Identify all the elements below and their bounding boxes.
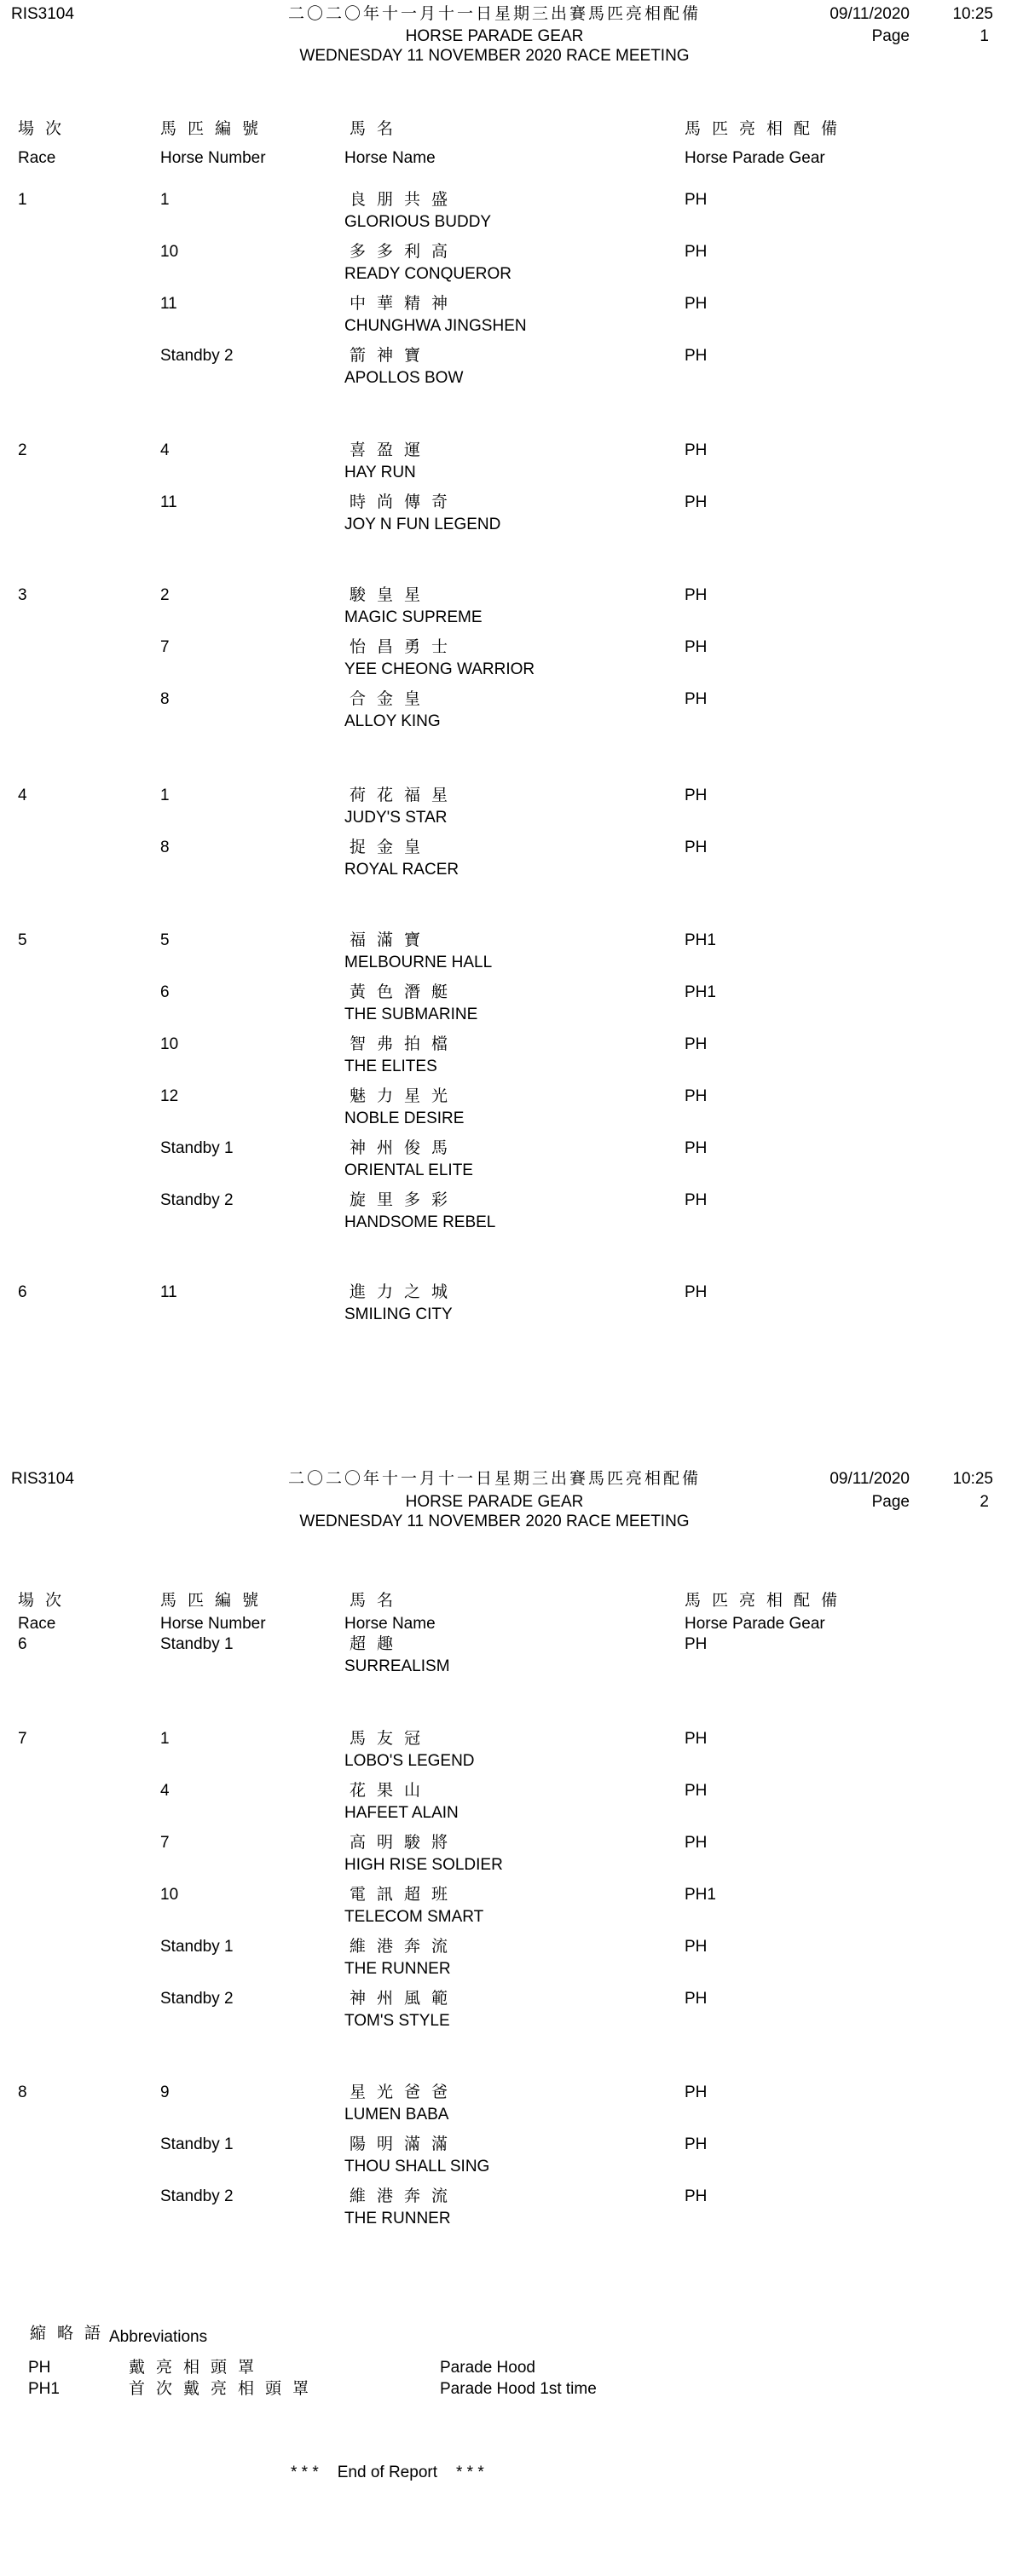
horse-name-zh: 星光爸爸 xyxy=(350,2082,459,2104)
report-time: 10:25 xyxy=(921,3,993,26)
race-block: 611進力之城PHSMILING CITY xyxy=(0,1282,1023,1334)
horse-number: 6 xyxy=(160,982,170,1004)
horse-name-en: HANDSOME REBEL xyxy=(344,1212,495,1234)
race-block: 55福滿寶PH1MELBOURNE HALL6黃色潛艇PH1THE SUBMAR… xyxy=(0,930,1023,1242)
horse-number: Standby 2 xyxy=(160,345,234,367)
horse-entry-row: 9星光爸爸PHLUMEN BABA xyxy=(0,2082,1023,2126)
horse-name-en: YEE CHEONG WARRIOR xyxy=(344,659,535,681)
horse-name-en: HAFEET ALAIN xyxy=(344,1802,459,1824)
horse-name-zh: 電訊超班 xyxy=(350,1884,459,1906)
horse-entry-row: 2駿皇星PHMAGIC SUPREME xyxy=(0,585,1023,629)
gear-code: PH1 xyxy=(685,982,716,1004)
abbrev-code: PH xyxy=(28,2357,50,2379)
horse-number: Standby 2 xyxy=(160,1190,234,1212)
horse-name-zh: 維港奔流 xyxy=(350,2186,459,2208)
gear-code: PH xyxy=(685,2186,707,2208)
horse-number: 12 xyxy=(160,1086,178,1108)
horse-name-en: GLORIOUS BUDDY xyxy=(344,211,491,233)
gear-code: PH xyxy=(685,637,707,659)
gear-code: PH xyxy=(685,785,707,807)
horse-number: 7 xyxy=(160,637,170,659)
column-header-number-en: Horse Number xyxy=(160,1613,266,1635)
horse-name-zh: 福滿寶 xyxy=(350,930,431,952)
horse-entry-row: 11進力之城PHSMILING CITY xyxy=(0,1282,1023,1326)
abbrev-desc-zh: 戴亮相頭罩 xyxy=(129,2357,265,2379)
horse-name-zh: 進力之城 xyxy=(350,1282,459,1304)
horse-entry-row: Standby 1神州俊馬PHORIENTAL ELITE xyxy=(0,1138,1023,1182)
horse-entry-row: 7怡昌勇士PHYEE CHEONG WARRIOR xyxy=(0,637,1023,681)
horse-entry-row: 11時尚傳奇PHJOY N FUN LEGEND xyxy=(0,492,1023,536)
horse-name-en: LUMEN BABA xyxy=(344,2104,448,2126)
horse-name-zh: 合金皇 xyxy=(350,689,431,711)
horse-number: Standby 2 xyxy=(160,1988,234,2010)
horse-name-en: TOM'S STYLE xyxy=(344,2010,450,2032)
gear-code: PH xyxy=(685,1728,707,1750)
report-subtitle: WEDNESDAY 11 NOVEMBER 2020 RACE MEETING xyxy=(0,45,989,67)
horse-name-en: TELECOM SMART xyxy=(344,1906,483,1928)
horse-entry-row: 6黃色潛艇PH1THE SUBMARINE xyxy=(0,982,1023,1026)
horse-number: 11 xyxy=(160,492,177,514)
gear-code: PH xyxy=(685,2082,707,2104)
end-of-report-stars: * * * xyxy=(291,2464,319,2481)
gear-code: PH xyxy=(685,689,707,711)
horse-name-zh: 花果山 xyxy=(350,1780,431,1802)
gear-code: PH xyxy=(685,837,707,859)
horse-number: 4 xyxy=(160,440,170,462)
horse-number: Standby 1 xyxy=(160,1138,234,1160)
abbrev-desc-en: Parade Hood 1st time xyxy=(440,2378,597,2400)
gear-code: PH xyxy=(685,293,707,315)
horse-name-zh: 維港奔流 xyxy=(350,1936,459,1958)
horse-entry-row: 4花果山PHHAFEET ALAIN xyxy=(0,1780,1023,1824)
column-header-name-en: Horse Name xyxy=(344,147,436,170)
column-header-race-en: Race xyxy=(18,147,55,170)
horse-number: 5 xyxy=(160,930,170,952)
gear-code: PH xyxy=(685,1138,707,1160)
column-header-name-zh: 馬名 xyxy=(350,1590,404,1612)
horse-entry-row: Standby 1維港奔流PHTHE RUNNER xyxy=(0,1936,1023,1980)
gear-code: PH1 xyxy=(685,930,716,952)
horse-number: 7 xyxy=(160,1832,170,1854)
horse-number: 1 xyxy=(160,785,170,807)
horse-number: Standby 2 xyxy=(160,2186,234,2208)
horse-name-zh: 多多利高 xyxy=(350,241,459,263)
horse-number: Standby 1 xyxy=(160,2134,234,2156)
horse-number: 2 xyxy=(160,585,170,607)
report-date: 09/11/2020 xyxy=(767,3,910,26)
abbrev-code: PH1 xyxy=(28,2378,60,2400)
horse-entry-row: Standby 1超趣PHSURREALISM xyxy=(0,1634,1023,1678)
horse-number: 8 xyxy=(160,689,170,711)
horse-name-zh: 良朋共盛 xyxy=(350,189,459,211)
horse-name-en: ALLOY KING xyxy=(344,711,441,733)
horse-name-zh: 駿皇星 xyxy=(350,585,431,607)
horse-name-en: THE SUBMARINE xyxy=(344,1004,477,1026)
horse-number: 10 xyxy=(160,241,178,263)
horse-entry-row: Standby 2維港奔流PHTHE RUNNER xyxy=(0,2186,1023,2230)
horse-name-en: MELBOURNE HALL xyxy=(344,952,492,974)
report-subtitle: WEDNESDAY 11 NOVEMBER 2020 RACE MEETING xyxy=(0,1511,989,1533)
horse-number: 9 xyxy=(160,2082,170,2104)
column-header-number-en: Horse Number xyxy=(160,147,266,170)
horse-name-zh: 魅力星光 xyxy=(350,1086,459,1108)
horse-entry-row: 10多多利高PHREADY CONQUEROR xyxy=(0,241,1023,285)
gear-code: PH xyxy=(685,1780,707,1802)
horse-entry-row: 1馬友冠PHLOBO'S LEGEND xyxy=(0,1728,1023,1772)
horse-name-zh: 時尚傳奇 xyxy=(350,492,459,514)
horse-entry-row: 8捉金皇PHROYAL RACER xyxy=(0,837,1023,881)
column-header-gear-en: Horse Parade Gear xyxy=(685,147,825,170)
horse-entry-row: 7高明駿將PHHIGH RISE SOLDIER xyxy=(0,1832,1023,1876)
horse-entry-row: 1良朋共盛PHGLORIOUS BUDDY xyxy=(0,189,1023,233)
horse-name-zh: 神州俊馬 xyxy=(350,1138,459,1160)
gear-code: PH xyxy=(685,440,707,462)
horse-name-zh: 箭神寶 xyxy=(350,345,431,367)
horse-entry-row: Standby 2神州風範PHTOM'S STYLE xyxy=(0,1988,1023,2032)
abbrev-desc-en: Parade Hood xyxy=(440,2357,535,2379)
horse-number: 10 xyxy=(160,1884,178,1906)
column-header-name-zh: 馬名 xyxy=(350,118,404,141)
column-header-race-zh: 場次 xyxy=(18,1590,72,1612)
gear-code: PH xyxy=(685,241,707,263)
gear-code: PH xyxy=(685,1190,707,1212)
column-header-gear-en: Horse Parade Gear xyxy=(685,1613,825,1635)
end-of-report: * * *End of Report* * * xyxy=(291,2462,484,2484)
gear-code: PH xyxy=(685,189,707,211)
gear-code: PH xyxy=(685,1988,707,2010)
gear-code: PH xyxy=(685,1634,707,1656)
horse-entry-row: 10智弗拍檔PHTHE ELITES xyxy=(0,1034,1023,1078)
horse-number: Standby 1 xyxy=(160,1936,234,1958)
column-header-race-zh: 場次 xyxy=(18,118,72,141)
horse-name-en: NOBLE DESIRE xyxy=(344,1108,464,1130)
horse-name-zh: 怡昌勇士 xyxy=(350,637,459,659)
horse-entry-row: Standby 2箭神寶PHAPOLLOS BOW xyxy=(0,345,1023,389)
gear-code: PH xyxy=(685,1936,707,1958)
race-block: 41荷花福星PHJUDY'S STAR8捉金皇PHROYAL RACER xyxy=(0,785,1023,889)
horse-name-zh: 馬友冠 xyxy=(350,1728,431,1750)
column-header-number-zh: 馬匹編號 xyxy=(160,1590,269,1612)
horse-name-en: THE RUNNER xyxy=(344,1958,451,1980)
horse-number: 10 xyxy=(160,1034,178,1056)
horse-name-en: JUDY'S STAR xyxy=(344,807,447,829)
gear-code: PH xyxy=(685,585,707,607)
gear-code: PH xyxy=(685,492,707,514)
column-header-name-en: Horse Name xyxy=(344,1613,436,1635)
report-date: 09/11/2020 xyxy=(767,1468,910,1490)
horse-entry-row: 10電訊超班PH1TELECOM SMART xyxy=(0,1884,1023,1928)
gear-code: PH xyxy=(685,1086,707,1108)
race-block: 32駿皇星PHMAGIC SUPREME7怡昌勇士PHYEE CHEONG WA… xyxy=(0,585,1023,741)
horse-entry-row: Standby 2旋里多彩PHHANDSOME REBEL xyxy=(0,1190,1023,1234)
column-header-gear-zh: 馬匹亮相配備 xyxy=(685,118,848,141)
abbreviations-title-zh: 縮略語 xyxy=(30,2323,112,2345)
gear-code: PH xyxy=(685,1832,707,1854)
horse-entry-row: 1荷花福星PHJUDY'S STAR xyxy=(0,785,1023,829)
gear-code: PH xyxy=(685,345,707,367)
horse-number: 1 xyxy=(160,189,170,211)
horse-name-zh: 中華精神 xyxy=(350,293,459,315)
horse-entry-row: 11中華精神PHCHUNGHWA JINGSHEN xyxy=(0,293,1023,337)
horse-name-en: ROYAL RACER xyxy=(344,859,459,881)
horse-number: 11 xyxy=(160,1282,177,1304)
column-header-number-zh: 馬匹編號 xyxy=(160,118,269,141)
horse-entry-row: 8合金皇PHALLOY KING xyxy=(0,689,1023,733)
race-block: 24喜盈運PHHAY RUN11時尚傳奇PHJOY N FUN LEGEND xyxy=(0,440,1023,544)
column-header-gear-zh: 馬匹亮相配備 xyxy=(685,1590,848,1612)
horse-entry-row: Standby 1陽明滿滿PHTHOU SHALL SING xyxy=(0,2134,1023,2178)
horse-name-en: THE ELITES xyxy=(344,1056,437,1078)
horse-name-en: SMILING CITY xyxy=(344,1304,453,1326)
horse-name-zh: 旋里多彩 xyxy=(350,1190,459,1212)
abbreviations-title-en: Abbreviations xyxy=(109,2326,207,2348)
gear-code: PH xyxy=(685,2134,707,2156)
race-block: 11良朋共盛PHGLORIOUS BUDDY10多多利高PHREADY CONQ… xyxy=(0,189,1023,397)
horse-name-zh: 陽明滿滿 xyxy=(350,2134,459,2156)
horse-name-en: READY CONQUEROR xyxy=(344,263,511,285)
horse-name-en: LOBO'S LEGEND xyxy=(344,1750,475,1772)
horse-number: 1 xyxy=(160,1728,170,1750)
horse-name-en: SURREALISM xyxy=(344,1656,450,1678)
horse-name-zh: 智弗拍檔 xyxy=(350,1034,459,1056)
horse-name-en: ORIENTAL ELITE xyxy=(344,1160,473,1182)
horse-name-zh: 捉金皇 xyxy=(350,837,431,859)
end-of-report-label: End of Report xyxy=(338,2464,437,2481)
report-time: 10:25 xyxy=(921,1468,993,1490)
horse-name-zh: 荷花福星 xyxy=(350,785,459,807)
end-of-report-stars: * * * xyxy=(456,2464,484,2481)
abbrev-desc-zh: 首次戴亮相頭罩 xyxy=(129,2378,320,2400)
horse-name-en: HAY RUN xyxy=(344,462,416,484)
horse-name-en: THOU SHALL SING xyxy=(344,2156,489,2178)
horse-number: 4 xyxy=(160,1780,170,1802)
horse-entry-row: 5福滿寶PH1MELBOURNE HALL xyxy=(0,930,1023,974)
horse-name-zh: 黃色潛艇 xyxy=(350,982,459,1004)
horse-name-zh: 神州風範 xyxy=(350,1988,459,2010)
horse-name-zh: 喜盈運 xyxy=(350,440,431,462)
race-block: 89星光爸爸PHLUMEN BABAStandby 1陽明滿滿PHTHOU SH… xyxy=(0,2082,1023,2238)
gear-code: PH xyxy=(685,1282,707,1304)
horse-entry-row: 4喜盈運PHHAY RUN xyxy=(0,440,1023,484)
horse-name-zh: 超趣 xyxy=(350,1634,404,1656)
horse-name-en: THE RUNNER xyxy=(344,2208,451,2230)
horse-name-en: APOLLOS BOW xyxy=(344,367,463,389)
horse-name-en: JOY N FUN LEGEND xyxy=(344,514,500,536)
horse-number: 8 xyxy=(160,837,170,859)
gear-code: PH xyxy=(685,1034,707,1056)
race-block: 6Standby 1超趣PHSURREALISM xyxy=(0,1634,1023,1686)
horse-number: 11 xyxy=(160,293,177,315)
horse-number: Standby 1 xyxy=(160,1634,234,1656)
horse-name-en: HIGH RISE SOLDIER xyxy=(344,1854,503,1876)
horse-entry-row: 12魅力星光PHNOBLE DESIRE xyxy=(0,1086,1023,1130)
race-block: 71馬友冠PHLOBO'S LEGEND4花果山PHHAFEET ALAIN7高… xyxy=(0,1728,1023,2040)
gear-code: PH1 xyxy=(685,1884,716,1906)
horse-name-zh: 高明駿將 xyxy=(350,1832,459,1854)
column-header-race-en: Race xyxy=(18,1613,55,1635)
horse-name-en: CHUNGHWA JINGSHEN xyxy=(344,315,527,337)
horse-name-en: MAGIC SUPREME xyxy=(344,607,483,629)
